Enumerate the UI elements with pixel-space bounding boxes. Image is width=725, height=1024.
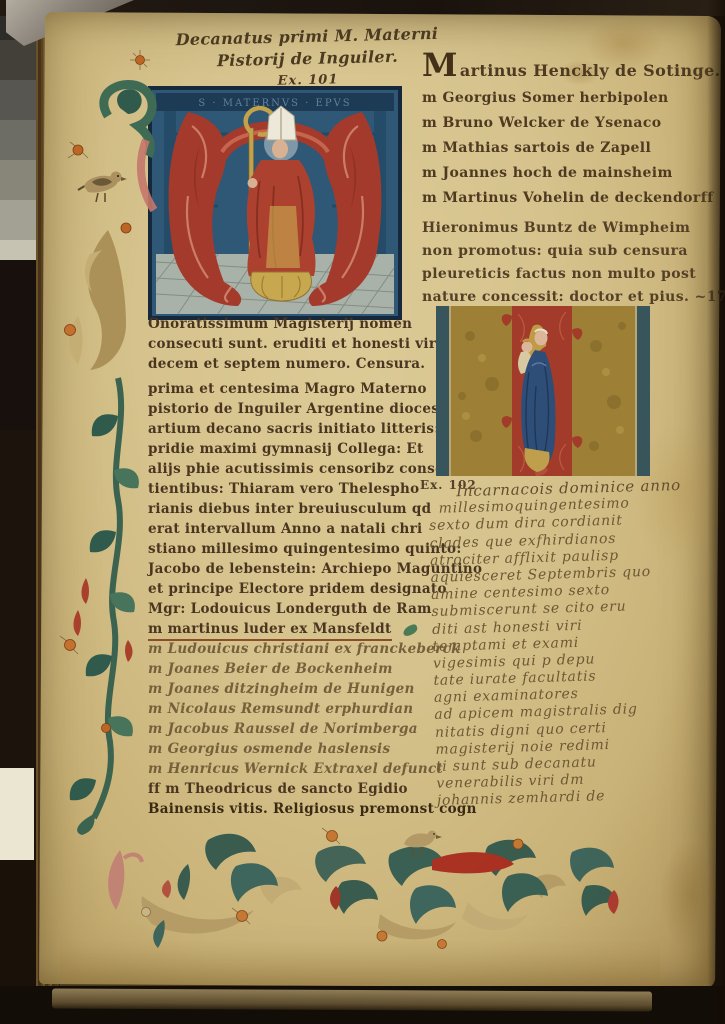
gray-step — [0, 160, 38, 200]
note-line: non promotus: quia sub censura — [422, 240, 718, 263]
dropcap-initial: M — [422, 46, 458, 84]
vine-red-accents — [74, 578, 133, 662]
text-line: Onoratissimum Magisterij nomen — [148, 314, 450, 334]
gray-step — [0, 200, 38, 240]
text-line: Bainensis vitis. Religiosus premonst cog… — [148, 799, 450, 819]
text-line: m Ludouicus christiani ex franckeberck — [148, 639, 450, 659]
text-line: consecuti sunt. eruditi et honesti viri — [148, 334, 450, 354]
text-line: m Jacobus Raussel de Norimberga — [148, 719, 450, 739]
book-bottom-edge — [52, 988, 652, 1011]
note-line: pleureticis factus non multo post — [422, 263, 718, 286]
text-line: Jacobo de lebenstein: Archiepo Maguntino — [148, 559, 450, 579]
photo-edge-dark — [0, 860, 40, 990]
hand — [248, 178, 258, 188]
gray-step — [0, 120, 38, 160]
text-line: m Georgius osmende haslensis — [148, 739, 450, 759]
bottom-foliate-band — [80, 824, 670, 969]
text-line: stiano millesimo quingentesimo quinto: — [148, 539, 450, 559]
vine-top-curl — [104, 84, 154, 210]
dalmatic-panel — [266, 206, 300, 268]
inscription-text: S · MATERNVS · EPVS — [198, 98, 351, 109]
list-first-entry: Martinus Henckly de Sotinge. — [422, 50, 718, 86]
magister-entry: m Mathias sartois de Zapell — [422, 136, 718, 161]
text-line: m Joanes Beier de Bockenheim — [148, 659, 450, 679]
madonna-miniature — [436, 306, 650, 476]
text-line: decem et septem numero. Censura. — [148, 354, 450, 374]
pink-scroll — [108, 850, 142, 910]
gray-step — [0, 80, 38, 120]
child-face — [522, 342, 533, 353]
magister-entry: m Martinus Vohelin de deckendorff — [422, 186, 718, 211]
text-line: prima et centesima Magro Materno — [148, 379, 450, 399]
photo-right-shadow — [707, 0, 725, 1024]
frame-strip-left — [436, 306, 449, 476]
berry-ornament — [130, 50, 150, 70]
text-line: ff m Theodricus de sancto Egidio — [148, 779, 450, 799]
text-line: tientibus: Thiaram vero Thelespho — [148, 479, 450, 499]
face — [272, 140, 288, 159]
text-line: alijs phie acutissimis censoribz consen — [148, 459, 450, 479]
gray-step — [0, 240, 38, 260]
calibration-white-card — [0, 768, 34, 860]
manuscript-photo: Decanatus primi M. Materni Pistorij de I… — [0, 0, 725, 1024]
text-line: m Joanes ditzingheim de Hunigen — [148, 679, 450, 699]
text-line: Mgr: Lodouicus Londerguth de Ram — [148, 599, 450, 619]
left-text-column: Onoratissimum Magisterij nomen consecuti… — [148, 314, 450, 819]
right-text-column-cursive: Incarnacois dominice anno millesimoquing… — [428, 476, 725, 811]
text-line: m Henricus Wernick Extraxel defunct — [148, 759, 450, 779]
first-entry-text: artinus Henckly de Sotinge. — [460, 61, 721, 80]
text-line: et principe Electore pridem designato — [148, 579, 450, 599]
frame-strip-right — [637, 306, 650, 476]
leaf-mark-icon — [401, 623, 418, 637]
luther-entry-text: m martinus luder ex Mansfeldt — [148, 619, 392, 641]
gray-step — [0, 40, 38, 80]
magister-entry: m Georgius Somer herbipolen — [422, 86, 718, 111]
magister-entry: m Bruno Welcker de Ysenaco — [422, 111, 718, 136]
text-line: erat intervallum Anno a natali chri — [148, 519, 450, 539]
text-line: rianis diebus inter breuiusculum qd — [148, 499, 450, 519]
text-line: pistorio de Inguiler Argentine dioces: — [148, 399, 450, 419]
note-line: Hieronimus Buntz de Wimpheim — [422, 217, 718, 240]
luther-entry-line: m martinus luder ex Mansfeldt — [148, 619, 450, 639]
text-line: m Nicolaus Remsundt erphurdian — [148, 699, 450, 719]
right-text-column-top: Martinus Henckly de Sotinge. m Georgius … — [422, 50, 718, 309]
bird-icon — [78, 172, 127, 203]
text-line: artium decano sacris initiato litteris: — [148, 419, 450, 439]
illuminated-initial-miniature: S · MATERNVS · EPVS — [148, 86, 402, 320]
gold-acanthus — [69, 230, 126, 370]
magister-entry: m Joannes hoch de mainsheim — [422, 161, 718, 186]
text-line: pridie maximi gymnasij Collega: Et — [148, 439, 450, 459]
